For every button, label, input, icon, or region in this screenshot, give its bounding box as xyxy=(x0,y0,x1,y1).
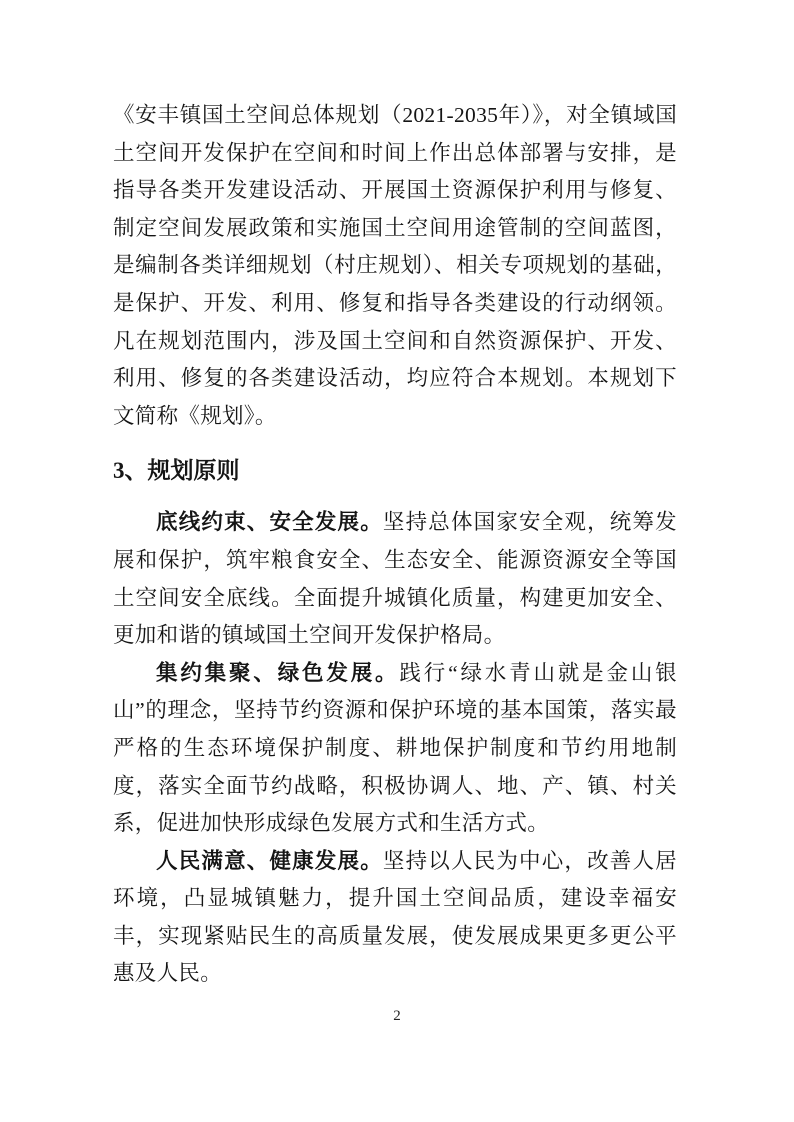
principle-paragraph-bottom-line: 底线约束、安全发展。坚持总体国家安全观，统筹发展和保护，筑牢粮食安全、生态安全、… xyxy=(113,504,677,654)
page-number: 2 xyxy=(393,1008,401,1024)
principle-paragraph-green-development: 集约集聚、绿色发展。践行“绿水青山就是金山银山”的理念，坚持节约资源和保护环境的… xyxy=(113,655,677,843)
principle-lead: 集约集聚、绿色发展。 xyxy=(156,661,399,685)
principle-body: 践行“绿水青山就是金山银山”的理念，坚持节约资源和保护环境的基本国策，落实最严格… xyxy=(113,661,677,835)
principle-paragraph-people-satisfaction: 人民满意、健康发展。坚持以人民为中心，改善人居环境，凸显城镇魅力，提升国土空间品… xyxy=(113,843,677,993)
page-footer: 2 xyxy=(0,1006,794,1026)
section-heading: 3、规划原则 xyxy=(113,452,677,490)
principle-lead: 底线约束、安全发展。 xyxy=(156,510,383,534)
principle-lead: 人民满意、健康发展。 xyxy=(156,849,383,873)
page-content: 《安丰镇国土空间总体规划（2021-2035年）》，对全镇域国土空间开发保护在空… xyxy=(113,97,677,993)
document-page: 《安丰镇国土空间总体规划（2021-2035年）》，对全镇域国土空间开发保护在空… xyxy=(0,0,794,1122)
intro-paragraph: 《安丰镇国土空间总体规划（2021-2035年）》，对全镇域国土空间开发保护在空… xyxy=(113,97,677,435)
